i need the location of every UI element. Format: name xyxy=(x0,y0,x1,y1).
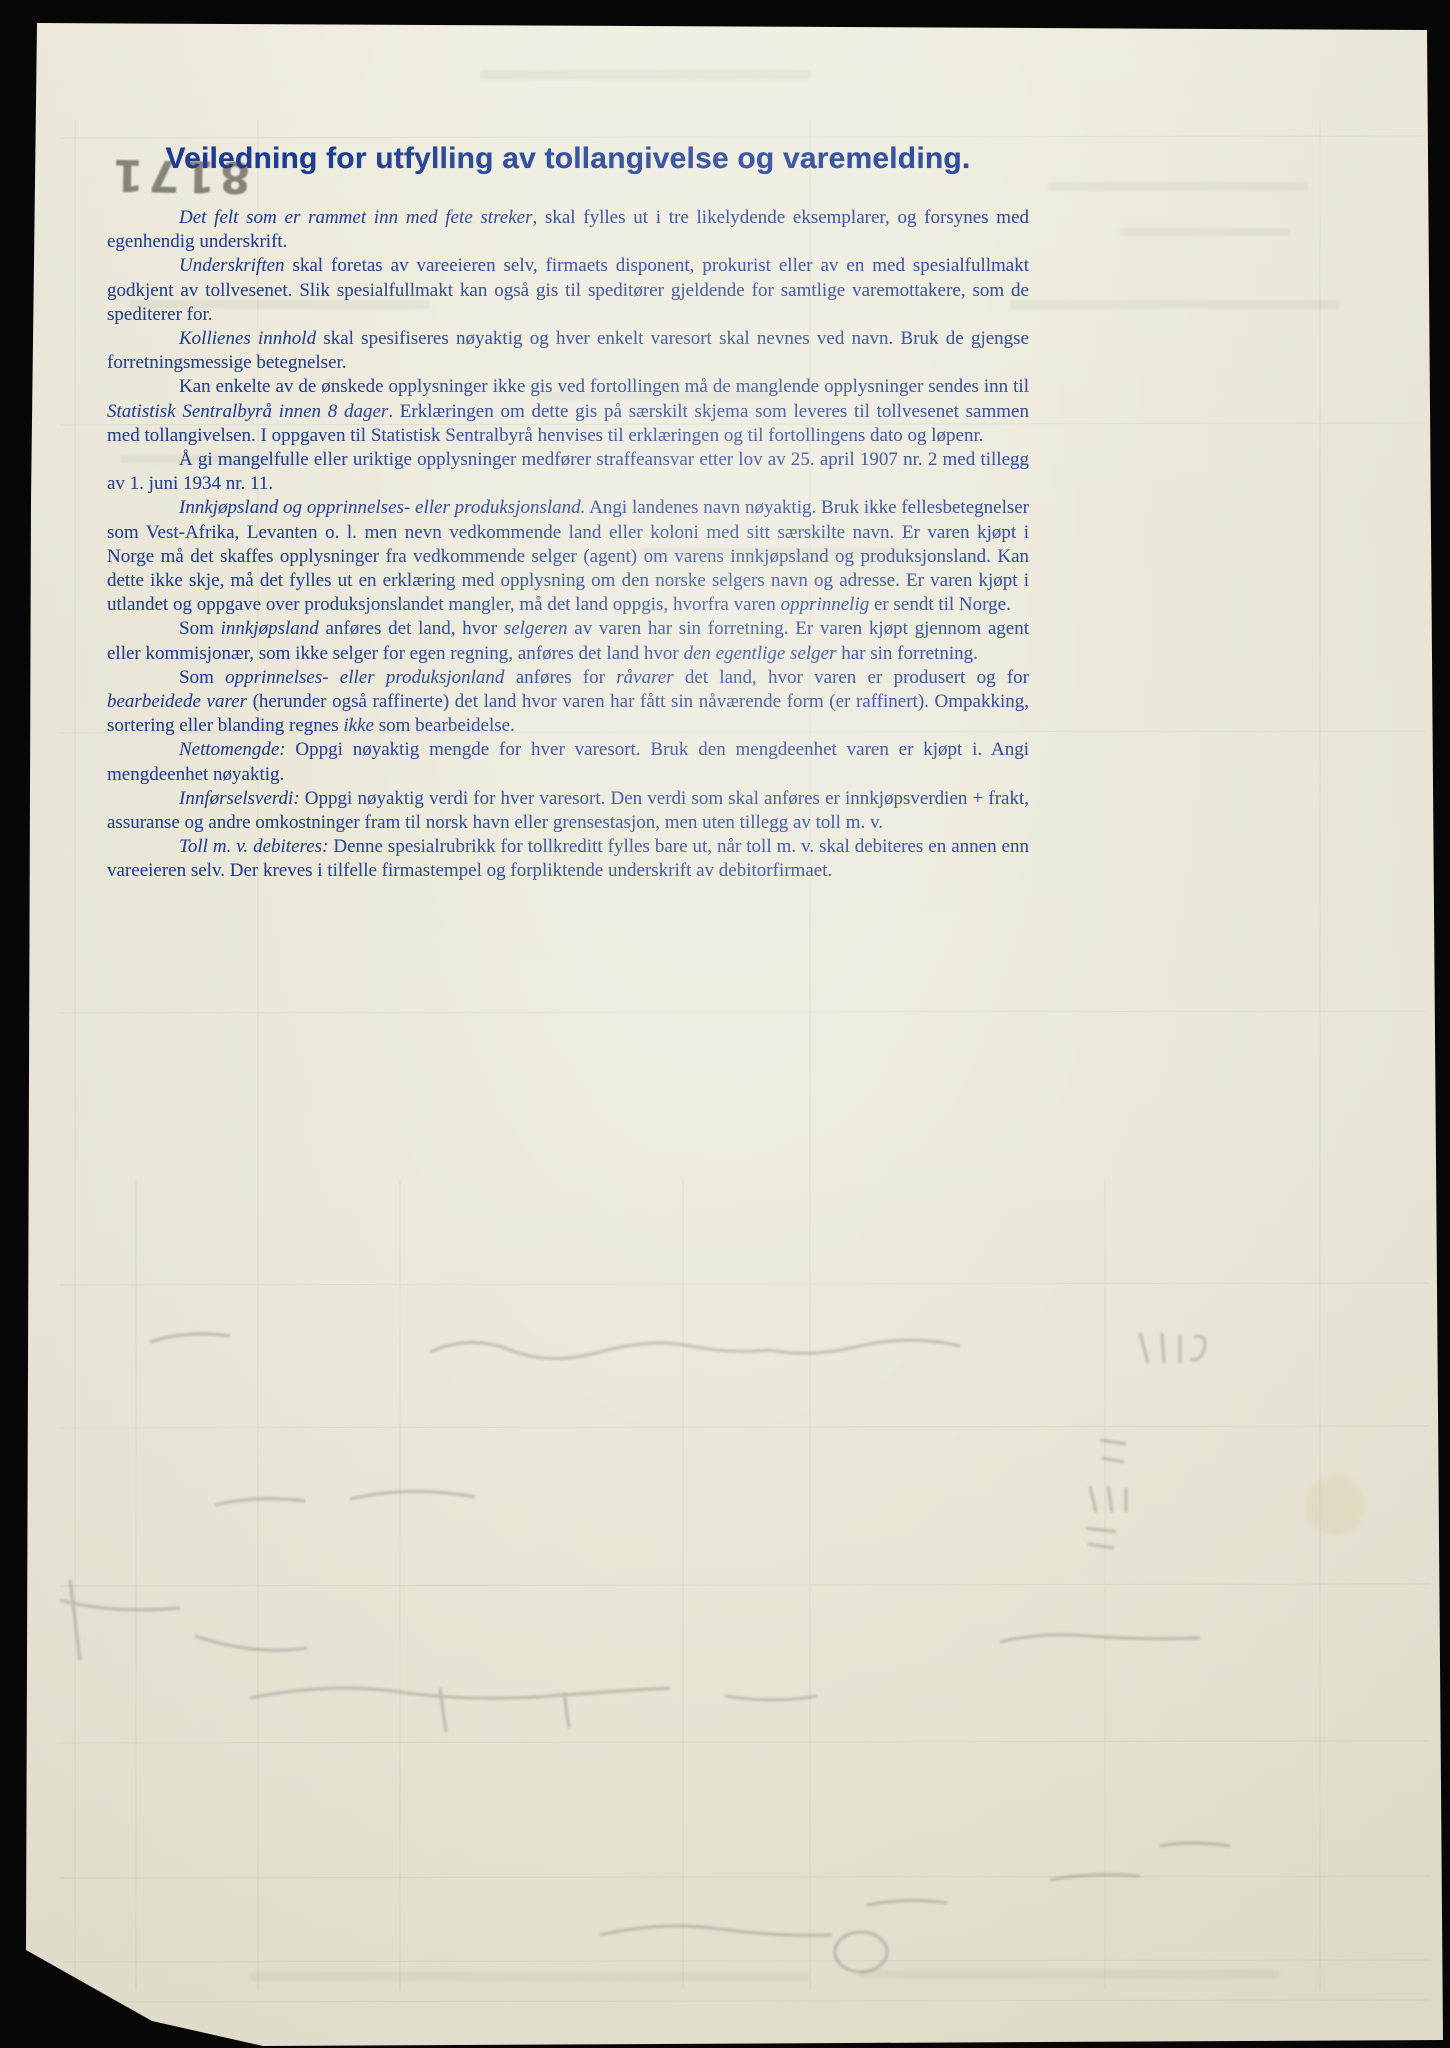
paper-stain xyxy=(1305,1475,1365,1535)
page-title: Veiledning for utfylling av tollangivels… xyxy=(107,142,1029,176)
italic-text-segment: Underskriften xyxy=(179,255,285,276)
italic-text-segment: selgeren xyxy=(504,618,568,639)
paragraph: Innkjøpsland og opprinnelses- eller prod… xyxy=(107,496,1029,617)
italic-text-segment: ikke xyxy=(343,715,374,736)
text-segment: som bearbeidelse. xyxy=(374,715,515,736)
paragraph: Som opprinnelses- eller produksjonland a… xyxy=(107,666,1029,739)
text-segment: det land, hvor varen er produsert og for xyxy=(674,667,1029,688)
paragraph: Kollienes innhold skal spesifiseres nøya… xyxy=(107,327,1029,375)
text-segment: er sendt til Norge. xyxy=(869,594,1011,615)
text-segment: Å gi mangelfulle eller uriktige opplysni… xyxy=(107,449,1029,494)
paragraph: Som innkjøpsland anføres det land, hvor … xyxy=(107,617,1029,665)
italic-text-segment: råvarer xyxy=(616,667,673,688)
text-segment: Kan enkelte av de ønskede opplysninger i… xyxy=(179,376,1029,397)
italic-text-segment: innkjøpsland xyxy=(221,618,319,639)
text-segment: anføres for xyxy=(504,667,616,688)
paragraph: Kan enkelte av de ønskede opplysninger i… xyxy=(107,375,1029,448)
italic-text-segment: bearbeidede varer xyxy=(107,691,247,712)
italic-text-segment: Innkjøpsland og opprinnelses- eller prod… xyxy=(179,497,585,518)
paragraph: Det felt som er rammet inn med fete stre… xyxy=(107,206,1029,254)
text-segment: anføres det land, hvor xyxy=(319,618,504,639)
text-segment: Som xyxy=(179,667,225,688)
instruction-text: Det felt som er rammet inn med fete stre… xyxy=(107,206,1029,884)
paragraph: Underskriften skal foretas av vareeieren… xyxy=(107,254,1029,327)
text-segment: Som xyxy=(179,618,221,639)
paragraph: Å gi mangelfulle eller uriktige opplysni… xyxy=(107,448,1029,496)
italic-text-segment: Det felt som er rammet inn med fete stre… xyxy=(179,207,532,228)
text-segment: har sin forretning. xyxy=(837,643,978,664)
italic-text-segment: opprinnelig xyxy=(781,594,870,615)
paragraph: Toll m. v. debiteres: Denne spesialrubri… xyxy=(107,835,1029,883)
paragraph: Innførselsverdi: Oppgi nøyaktig verdi fo… xyxy=(107,787,1029,835)
scanned-page: 8171 Veiledning for utfylling av tollang… xyxy=(0,0,1450,2048)
italic-text-segment: Nettomengde: xyxy=(179,739,286,760)
italic-text-segment: Statistisk Sentralbyrå innen 8 dager xyxy=(107,401,388,422)
italic-text-segment: opprinnelses- eller produksjonland xyxy=(225,667,504,688)
italic-text-segment: den egentlige selger xyxy=(683,643,836,664)
italic-text-segment: Toll m. v. debiteres: xyxy=(179,836,328,857)
paragraph: Nettomengde: Oppgi nøyaktig mengde for h… xyxy=(107,738,1029,786)
italic-text-segment: Kollienes innhold xyxy=(179,328,316,349)
scan-background: { "page": { "stamp": "8171", "title": "V… xyxy=(0,0,1450,2048)
italic-text-segment: Innførselsverdi: xyxy=(179,788,300,809)
